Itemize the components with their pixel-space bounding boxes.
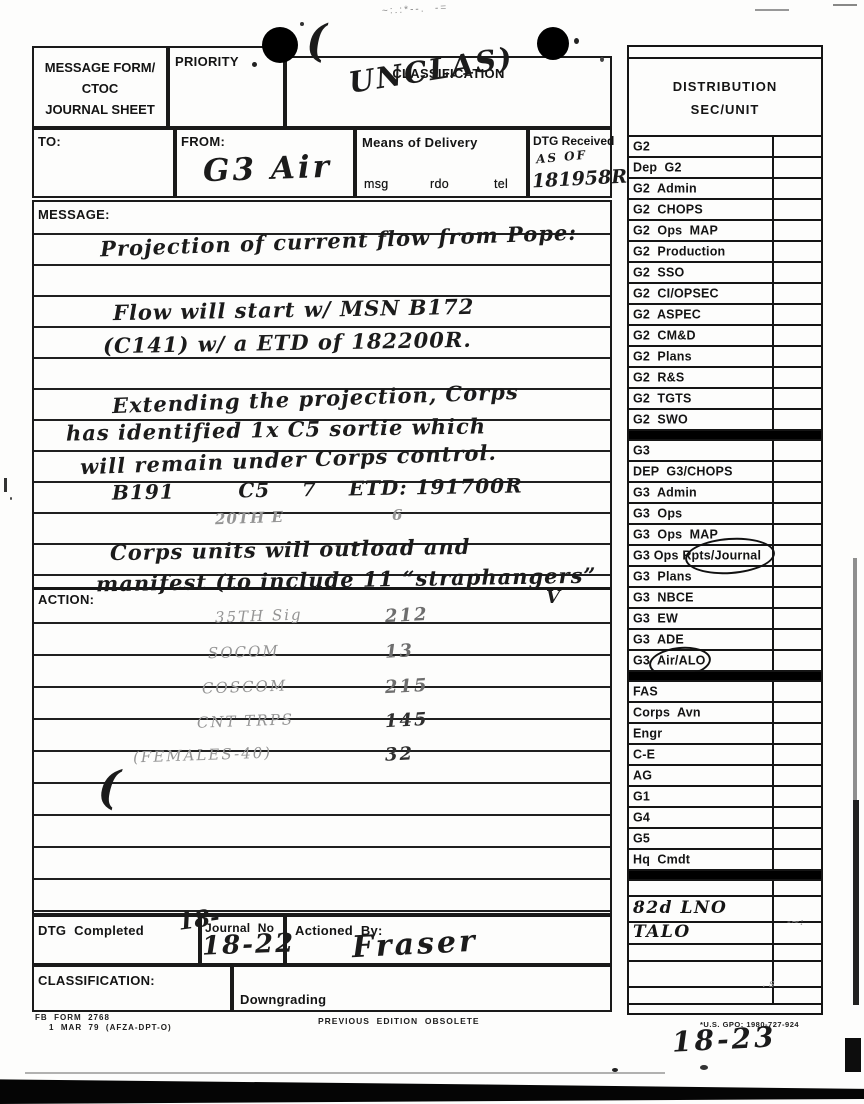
distribution-row: DEP G3/CHOPS <box>629 462 821 483</box>
distribution-header: DISTRIBUTION SEC/UNIT <box>629 59 821 137</box>
form-title-box: MESSAGE FORM/ CTOC JOURNAL SHEET <box>32 46 168 128</box>
to-box: TO: <box>32 128 175 198</box>
to-label: TO: <box>38 134 61 149</box>
distribution-row: G2 <box>629 137 821 158</box>
distribution-row-label: G5 <box>633 831 650 845</box>
pencil-tick-mark: . s <box>762 978 775 989</box>
distribution-row-label: G3 <box>633 443 650 457</box>
distribution-row: G2 R&S <box>629 368 821 389</box>
ruled-line <box>34 326 610 328</box>
tick-column-divider <box>772 242 774 261</box>
distribution-row: G2 CI/OPSEC <box>629 284 821 305</box>
ruled-line <box>34 718 610 720</box>
distribution-row: G3 Plans <box>629 567 821 588</box>
scan-streak <box>853 800 859 1005</box>
scan-bottom-bar <box>0 1076 864 1104</box>
ruled-line <box>34 264 610 266</box>
distribution-row: G3 Air/ALO <box>629 651 821 672</box>
distribution-row <box>629 962 821 988</box>
tick-column-divider <box>772 988 774 1003</box>
scanner-noise <box>755 9 789 11</box>
distribution-row: G2 SWO <box>629 410 821 431</box>
priority-label: PRIORITY <box>175 54 239 69</box>
delivery-option-rdo: rdo <box>430 177 449 191</box>
distribution-row-label: G2 ASPEC <box>633 307 701 321</box>
distribution-row: G3 NBCE <box>629 588 821 609</box>
delivery-box: Means of Delivery msg rdo tel <box>355 128 528 198</box>
distribution-row <box>629 881 821 897</box>
distribution-row: G3 Admin <box>629 483 821 504</box>
delivery-option-tel: tel <box>494 177 508 191</box>
tick-column-divider <box>772 389 774 408</box>
distribution-row <box>629 988 821 1005</box>
distribution-rows: G2Dep G2G2 AdminG2 CHOPSG2 Ops MAPG2 Pro… <box>629 137 821 1005</box>
distribution-row: G2 Plans <box>629 347 821 368</box>
action-unit-entry: SOCOM <box>208 644 280 661</box>
distribution-row-label: FAS <box>633 684 658 698</box>
journal-page-number-handwritten: 18-23 <box>671 1023 777 1056</box>
handwritten-message-line: ( <box>96 763 122 810</box>
distribution-row: G2 SSO <box>629 263 821 284</box>
distribution-row-label: C-E <box>633 747 655 761</box>
ruled-line <box>34 750 610 752</box>
distribution-row-label: G2 R&S <box>633 370 684 384</box>
tick-column-divider <box>772 703 774 722</box>
tick-column-divider <box>772 724 774 743</box>
distribution-table: DISTRIBUTION SEC/UNIT G2Dep G2G2 AdminG2… <box>627 45 823 1015</box>
distribution-row: G1 <box>629 787 821 808</box>
distribution-row-label: G3 Plans <box>633 569 692 583</box>
delivery-option-msg: msg <box>364 177 389 191</box>
tick-column-divider <box>772 284 774 303</box>
distribution-row-label: G2 Plans <box>633 349 692 363</box>
ink-speck <box>600 57 604 62</box>
ink-speck <box>574 38 579 44</box>
tick-column-divider <box>772 766 774 785</box>
distribution-row: AG <box>629 766 821 787</box>
from-handwritten-value: G3 Air <box>202 152 332 187</box>
distribution-section-divider <box>629 672 821 682</box>
tick-column-divider <box>772 829 774 848</box>
action-unit-entry: CNT TRPS <box>197 712 295 730</box>
tick-column-divider <box>772 808 774 827</box>
distribution-row: C-E <box>629 745 821 766</box>
ruled-line <box>34 910 610 912</box>
tick-column-divider <box>772 347 774 366</box>
classification-footer-box: CLASSIFICATION: <box>32 965 232 1012</box>
tick-column-divider <box>772 682 774 701</box>
distribution-row: G4 <box>629 808 821 829</box>
scan-streak <box>853 558 857 803</box>
action-count-entry: 212 <box>385 606 429 626</box>
tick-column-divider <box>772 137 774 156</box>
tick-column-divider <box>772 525 774 544</box>
tick-column-divider <box>772 410 774 429</box>
distribution-row: G3 <box>629 441 821 462</box>
scan-block <box>845 1038 861 1072</box>
tick-column-divider <box>772 651 774 670</box>
distribution-row-label: G2 SWO <box>633 412 688 426</box>
scanner-noise <box>4 478 7 492</box>
distribution-row: Corps Avn <box>629 703 821 724</box>
distribution-row-label: G3 NBCE <box>633 590 694 604</box>
previous-edition-note: PREVIOUS EDITION OBSOLETE <box>318 1016 480 1026</box>
distribution-row-label: G2 <box>633 139 650 153</box>
handwritten-message-line: has identified 1x C5 sortie which <box>66 415 486 443</box>
tick-column-divider <box>772 787 774 806</box>
distribution-row: G2 TGTS <box>629 389 821 410</box>
classification-footer-label: CLASSIFICATION: <box>38 973 155 988</box>
ink-speck <box>300 22 304 26</box>
action-count-entry: 145 <box>385 711 429 731</box>
ruled-line <box>34 846 610 848</box>
downgrading-box: Downgrading <box>232 965 612 1012</box>
tick-column-divider <box>772 897 774 921</box>
tick-column-divider <box>772 158 774 177</box>
tick-column-divider <box>772 504 774 523</box>
tick-column-divider <box>772 588 774 607</box>
dtg-received-prefix-handwritten: AS OF <box>536 149 588 165</box>
dtg-received-handwritten-value: 181958R <box>532 168 628 192</box>
distribution-section-divider <box>629 871 821 881</box>
tick-column-divider <box>772 441 774 460</box>
actioned-by-signature: Fraser <box>351 927 478 964</box>
distribution-row-label: G3 Ops MAP <box>633 527 718 541</box>
action-label: ACTION: <box>38 592 94 607</box>
tick-column-divider <box>772 305 774 324</box>
delivery-label: Means of Delivery <box>362 135 478 150</box>
distribution-header-line2: SEC/UNIT <box>629 98 821 121</box>
tick-column-divider <box>772 263 774 282</box>
distribution-row: G2 CHOPS <box>629 200 821 221</box>
distribution-row-label: Hq Cmdt <box>633 852 690 866</box>
dtg-completed-label: DTG Completed <box>38 923 144 938</box>
distribution-row: Engr <box>629 724 821 745</box>
downgrading-label: Downgrading <box>240 992 326 1007</box>
distribution-row-label: AG <box>633 768 652 782</box>
distribution-row: G2 Ops MAP <box>629 221 821 242</box>
message-label: MESSAGE: <box>38 207 110 222</box>
distribution-row: Hq Cmdt <box>629 850 821 871</box>
distribution-row: G2 Production <box>629 242 821 263</box>
handwritten-message-line: V <box>546 589 561 607</box>
distribution-row-label: G3 Admin <box>633 485 697 499</box>
scan-line <box>25 1072 665 1074</box>
form-edition-note: 1 MAR 79 (AFZA-DPT-O) <box>49 1023 172 1032</box>
tick-column-divider <box>772 179 774 198</box>
distribution-row: G2 ASPEC <box>629 305 821 326</box>
ruled-line <box>34 814 610 816</box>
form-title-line1: MESSAGE FORM/ <box>34 58 166 79</box>
distribution-row-label: G1 <box>633 789 650 803</box>
tick-column-divider <box>772 221 774 240</box>
form-id-note: FB FORM 2768 <box>35 1013 110 1022</box>
dtg-completed-handwritten-value: 18- <box>177 905 221 934</box>
ink-speck <box>10 497 12 500</box>
action-unit-entry: COSCOM <box>202 679 288 697</box>
ruled-line <box>34 622 610 624</box>
distribution-row-label: Engr <box>633 726 662 740</box>
distribution-row-label: G2 SSO <box>633 265 684 279</box>
dtg-received-box: DTG Received AS OF 181958R <box>528 128 612 198</box>
tick-column-divider <box>772 881 774 895</box>
tick-column-divider <box>772 745 774 764</box>
distribution-row-label: DEP G3/CHOPS <box>633 464 733 478</box>
form-title-line3: JOURNAL SHEET <box>34 100 166 121</box>
distribution-row: G3 Ops <box>629 504 821 525</box>
dtg-received-label: DTG Received <box>533 134 614 148</box>
ink-blob <box>262 27 298 63</box>
ink-speck <box>252 62 257 67</box>
ruled-line <box>34 686 610 688</box>
tick-column-divider <box>772 923 774 943</box>
distribution-row-label: G4 <box>633 810 650 824</box>
scanned-journal-sheet: MESSAGE FORM/ CTOC JOURNAL SHEET PRIORIT… <box>0 0 864 1104</box>
tick-column-divider <box>772 483 774 502</box>
tick-column-divider <box>772 462 774 481</box>
distribution-row-label: G3 ADE <box>633 632 684 646</box>
distribution-row: G3 Ops Rpts/Journal <box>629 546 821 567</box>
handwritten-message-line: 20TH E <box>215 510 284 527</box>
distribution-row: G3 EW <box>629 609 821 630</box>
distribution-row-label: G2 Ops MAP <box>633 223 718 237</box>
distribution-row-label: 82d LNO <box>633 898 727 918</box>
pencil-tick-mark: -~: <box>787 916 804 927</box>
distribution-row <box>629 945 821 962</box>
tick-column-divider <box>772 850 774 869</box>
distribution-row-label: G2 CHOPS <box>633 202 703 216</box>
dtg-completed-box: DTG Completed <box>32 915 200 965</box>
tick-column-divider <box>772 945 774 960</box>
distribution-row-label: TALO <box>633 922 691 942</box>
ink-speck <box>612 1068 618 1072</box>
handwritten-message-line: Corps units will outload and <box>110 536 471 563</box>
tick-column-divider <box>772 609 774 628</box>
form-title-line2: CTOC <box>34 79 166 100</box>
distribution-row-label: G2 Admin <box>633 181 697 195</box>
action-count-entry: 13 <box>385 642 415 661</box>
tick-column-divider <box>772 567 774 586</box>
distribution-row: G5 <box>629 829 821 850</box>
pen-mark-paren: ( <box>306 20 327 64</box>
handwritten-message-line: (C141) w/ a ETD of 182200R. <box>103 329 472 356</box>
tick-column-divider <box>772 200 774 219</box>
distribution-row-label: G2 CI/OPSEC <box>633 286 719 300</box>
distribution-row-label: Dep G2 <box>633 160 682 174</box>
ruled-line <box>34 878 610 880</box>
action-count-entry: 32 <box>385 745 415 764</box>
distribution-row: G3 ADE <box>629 630 821 651</box>
ruled-line <box>34 654 610 656</box>
journal-no-handwritten-value: 18-22 <box>202 930 296 959</box>
ink-speck <box>700 1065 708 1070</box>
distribution-row: G2 Admin <box>629 179 821 200</box>
tick-column-divider <box>772 368 774 387</box>
from-label: FROM: <box>181 134 225 149</box>
distribution-row-label: G2 Production <box>633 244 725 258</box>
tick-column-divider <box>772 326 774 345</box>
scanner-noise <box>833 4 857 6</box>
tick-column-divider <box>772 630 774 649</box>
distribution-row-label: G3 Ops <box>633 506 682 520</box>
handwritten-message-line: Flow will start w/ MSN B172 <box>113 296 475 323</box>
handwritten-message-line: 6 <box>392 508 403 523</box>
distribution-row: Dep G2 <box>629 158 821 179</box>
distribution-row-label: G3 EW <box>633 611 678 625</box>
action-unit-entry: 35TH Sig <box>215 607 303 625</box>
distribution-top-strip <box>629 47 821 59</box>
distribution-header-line1: DISTRIBUTION <box>629 75 821 98</box>
distribution-row-label: Corps Avn <box>633 705 701 719</box>
distribution-row-label: G2 CM&D <box>633 328 696 342</box>
ruled-line <box>34 512 610 514</box>
distribution-row: G2 CM&D <box>629 326 821 347</box>
scanner-noise: ~:.:*--. -= <box>382 2 449 16</box>
action-count-entry: 215 <box>385 677 429 697</box>
distribution-row-label: G2 TGTS <box>633 391 692 405</box>
distribution-row: FAS <box>629 682 821 703</box>
distribution-section-divider <box>629 431 821 441</box>
ink-blob <box>537 27 569 60</box>
